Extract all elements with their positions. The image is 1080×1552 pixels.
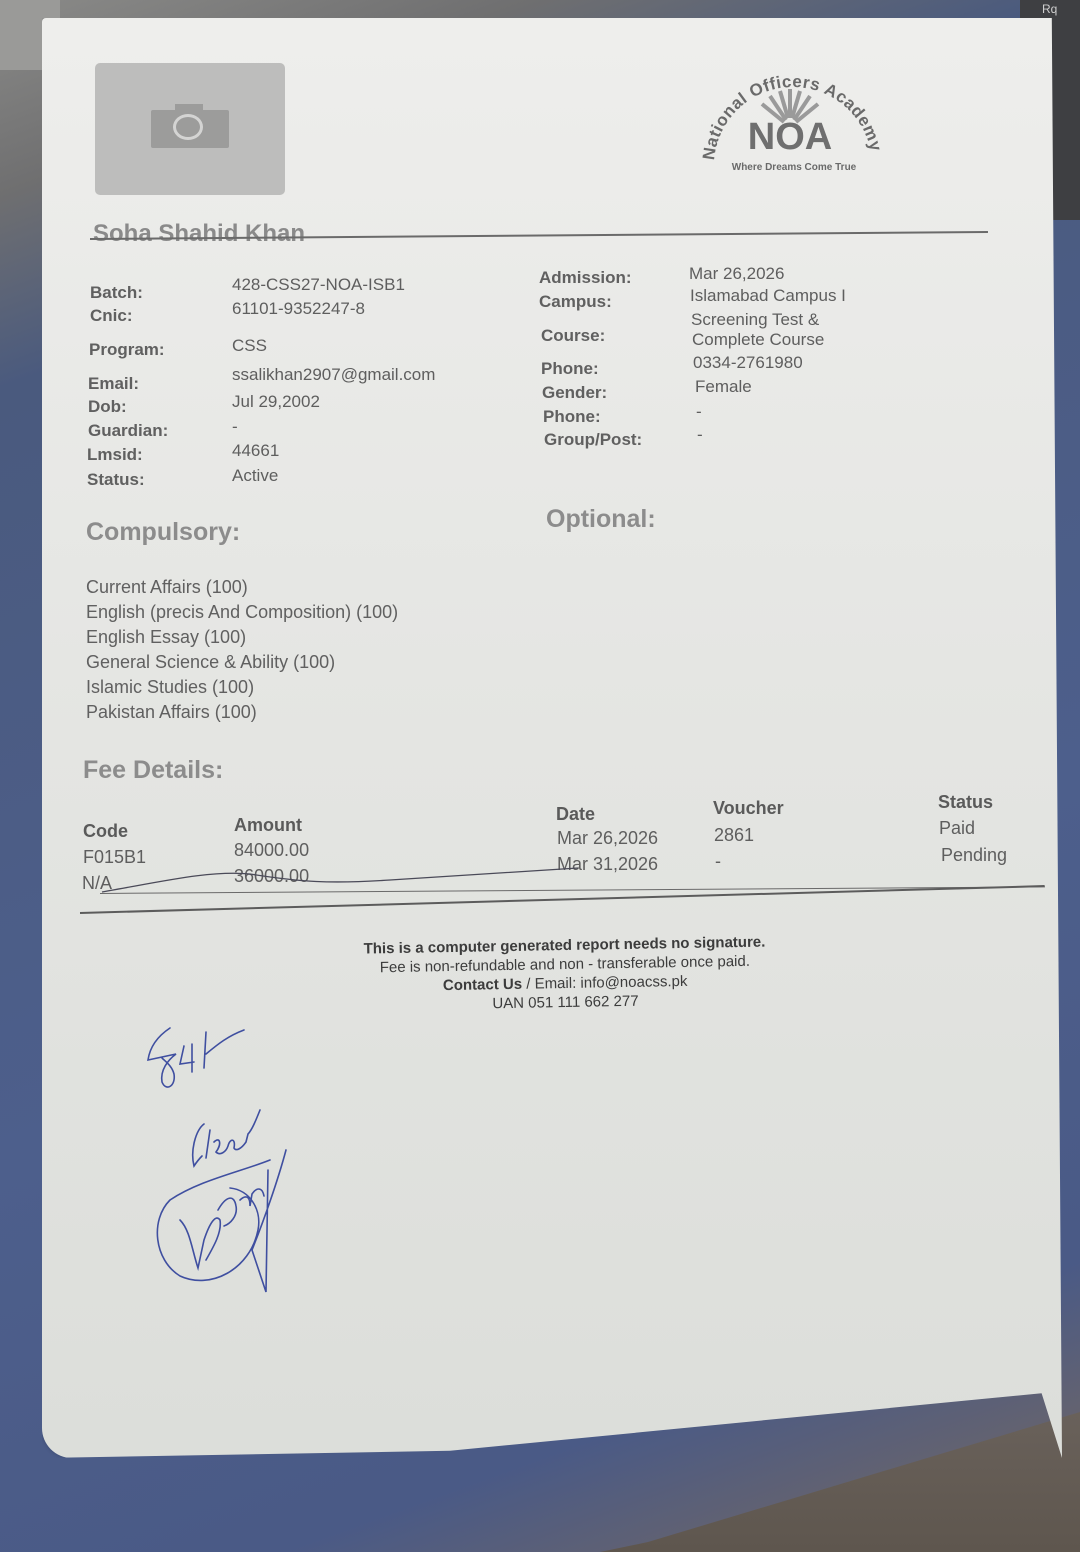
batch-label: Batch: bbox=[90, 283, 143, 303]
email-value: ssalikhan2907@gmail.com bbox=[232, 365, 435, 385]
program-label: Program: bbox=[89, 340, 165, 360]
email-label: Email: bbox=[88, 374, 139, 394]
group-post-value: - bbox=[697, 425, 703, 445]
dob-value: Jul 29,2002 bbox=[232, 392, 320, 412]
gender-value: Female bbox=[695, 377, 752, 397]
subject-item: English Essay (100) bbox=[86, 625, 398, 650]
cnic-label: Cnic: bbox=[90, 306, 133, 326]
optional-heading: Optional: bbox=[546, 505, 656, 534]
course-value-line1: Screening Test & bbox=[691, 310, 819, 330]
lmsid-label: Lmsid: bbox=[87, 445, 143, 465]
status-value: Active bbox=[232, 466, 278, 486]
camera-icon bbox=[151, 110, 229, 148]
status-label: Status: bbox=[87, 470, 145, 490]
fee-row-1-amount: 84000.00 bbox=[234, 840, 309, 861]
phone2-value: - bbox=[696, 402, 702, 422]
campus-label: Campus: bbox=[539, 292, 612, 312]
fee-col-amount: Amount bbox=[234, 815, 302, 836]
fee-col-status: Status bbox=[938, 792, 993, 813]
logo-acronym: NOA bbox=[748, 116, 832, 158]
fee-col-code: Code bbox=[83, 821, 128, 842]
cnic-value: 61101-9352247-8 bbox=[232, 299, 365, 319]
guardian-label: Guardian: bbox=[88, 421, 168, 441]
fee-col-voucher: Voucher bbox=[713, 798, 784, 819]
fee-row-2-status: Pending bbox=[941, 845, 1007, 866]
course-value-line2: Complete Course bbox=[692, 330, 824, 350]
course-label: Course: bbox=[541, 326, 605, 346]
student-name: Soha Shahid Khan bbox=[93, 220, 305, 248]
fee-row-1-date: Mar 26,2026 bbox=[557, 828, 658, 849]
phone2-label: Phone: bbox=[543, 407, 601, 427]
phone-value: 0334-2761980 bbox=[693, 353, 803, 373]
compulsory-heading: Compulsory: bbox=[86, 518, 240, 547]
handwritten-signature bbox=[140, 1010, 310, 1310]
footer-contact-label: Contact Us bbox=[443, 976, 522, 994]
dob-label: Dob: bbox=[88, 397, 127, 417]
admission-value: Mar 26,2026 bbox=[689, 264, 784, 284]
fee-row-1-voucher: 2861 bbox=[714, 825, 754, 846]
student-report: National Officers Academy NOA Where Drea… bbox=[0, 0, 1080, 1552]
compulsory-subject-list: Current Affairs (100) English (precis An… bbox=[86, 575, 398, 725]
fee-details-heading: Fee Details: bbox=[83, 756, 223, 785]
student-photo-placeholder bbox=[95, 63, 285, 195]
subject-item: Pakistan Affairs (100) bbox=[86, 700, 398, 725]
footer-email: / Email: info@noacss.pk bbox=[522, 973, 688, 993]
lmsid-value: 44661 bbox=[232, 441, 279, 461]
gender-label: Gender: bbox=[542, 383, 607, 403]
fee-col-date: Date bbox=[556, 804, 595, 825]
logo-tagline: Where Dreams Come True bbox=[732, 162, 857, 173]
report-footer: This is a computer generated report need… bbox=[349, 932, 780, 1015]
subject-item: Islamic Studies (100) bbox=[86, 675, 398, 700]
campus-value: Islamabad Campus I bbox=[690, 286, 846, 306]
subject-item: Current Affairs (100) bbox=[86, 575, 398, 600]
subject-item: English (precis And Composition) (100) bbox=[86, 600, 398, 625]
batch-value: 428-CSS27-NOA-ISB1 bbox=[232, 275, 405, 295]
subject-item: General Science & Ability (100) bbox=[86, 650, 398, 675]
phone-label: Phone: bbox=[541, 359, 599, 379]
pen-strikethrough bbox=[100, 860, 580, 900]
fee-row-1-status: Paid bbox=[939, 818, 975, 839]
admission-label: Admission: bbox=[539, 268, 632, 288]
fee-row-2-voucher: - bbox=[715, 851, 721, 872]
guardian-value: - bbox=[232, 417, 238, 437]
program-value: CSS bbox=[232, 336, 267, 356]
group-post-label: Group/Post: bbox=[544, 430, 642, 450]
noa-logo: National Officers Academy NOA Where Drea… bbox=[700, 58, 880, 178]
